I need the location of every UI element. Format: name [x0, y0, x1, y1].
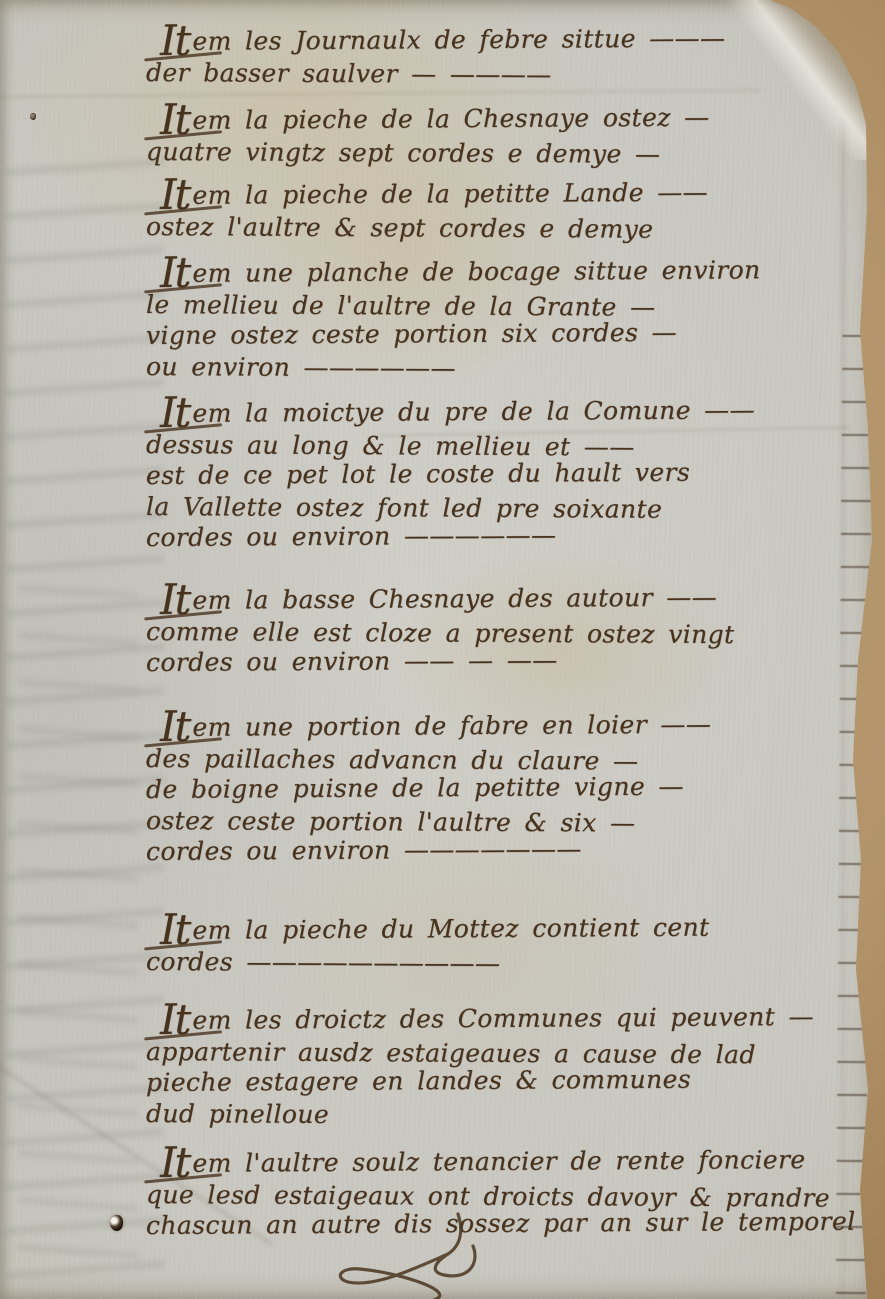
manuscript-line: quatre vingtz sept cordes e demye — [146, 136, 845, 171]
paragraph-first-line: Item une planche de bocage sittue enviro… [160, 254, 845, 289]
manuscript-paragraph: Item une planche de bocage sittue enviro… [146, 258, 845, 382]
manuscript-paragraph: Item les droictz des Communes qui peuven… [146, 1005, 845, 1129]
manuscript-text-block: Item les Journaulx de febre sittue ———de… [0, 0, 885, 1241]
paragraph-first-line: Item la pieche du Mottez contient cent [160, 911, 845, 946]
manuscript-line: vigne ostez ceste portion six cordes — [146, 316, 845, 351]
paragraph-first-line: Item les droictz des Communes qui peuven… [160, 1001, 845, 1036]
paragraph-first-line: Item la pieche de la Chesnaye ostez — [160, 101, 845, 136]
manuscript-paragraph: Item les Journaulx de febre sittue ———de… [146, 26, 845, 88]
paragraph-first-line: Item l'aultre soulz tenancier de rente f… [160, 1144, 845, 1179]
paragraph-first-line: Item la moictye du pre de la Comune —— [160, 394, 845, 429]
manuscript-paragraph: Item la pieche de la Chesnaye ostez —qua… [146, 105, 845, 167]
manuscript-paragraph: Item la pieche de la petitte Lande ——ost… [146, 180, 845, 242]
paragraph-first-line: Item les Journaulx de febre sittue ——— [160, 22, 845, 57]
manuscript-line: est de ce pet lot le coste du hault vers [146, 456, 845, 491]
manuscript-line: cordes ou environ —————— [146, 518, 845, 553]
manuscript-line: ostez l'aultre & sept cordes e demye [146, 211, 845, 246]
paragraph-first-line: Item la basse Chesnaye des autour —— [160, 581, 845, 616]
manuscript-line: der basser saulver — ———— [146, 57, 845, 92]
manuscript-line: cordes ou environ ——————— [146, 832, 845, 867]
photograph-of-manuscript: Item les Journaulx de febre sittue ———de… [0, 0, 885, 1299]
paragraph-first-line: Item une portion de fabre en loier —— [160, 708, 845, 743]
manuscript-line: pieche estagere en landes & communes [146, 1063, 845, 1098]
manuscript-paragraph: Item la pieche du Mottez contient centco… [146, 915, 845, 977]
manuscript-page: Item les Journaulx de febre sittue ———de… [0, 0, 885, 1299]
manuscript-paragraph: Item la basse Chesnaye des autour ——comm… [146, 585, 845, 678]
manuscript-line: dud pinelloue [146, 1098, 845, 1133]
paragraph-first-line: Item la pieche de la petitte Lande —— [160, 176, 845, 211]
paraph-flourish [330, 1212, 590, 1299]
manuscript-line: ou environ —————— [146, 351, 845, 386]
manuscript-paragraph: Item une portion de fabre en loier ——des… [146, 712, 845, 867]
manuscript-paragraph: Item la moictye du pre de la Comune ——de… [146, 398, 845, 553]
manuscript-line: cordes ou environ —— — —— [146, 643, 845, 678]
manuscript-line: cordes —————————— [146, 946, 845, 981]
manuscript-line: de boigne puisne de la petitte vigne — [146, 770, 845, 805]
